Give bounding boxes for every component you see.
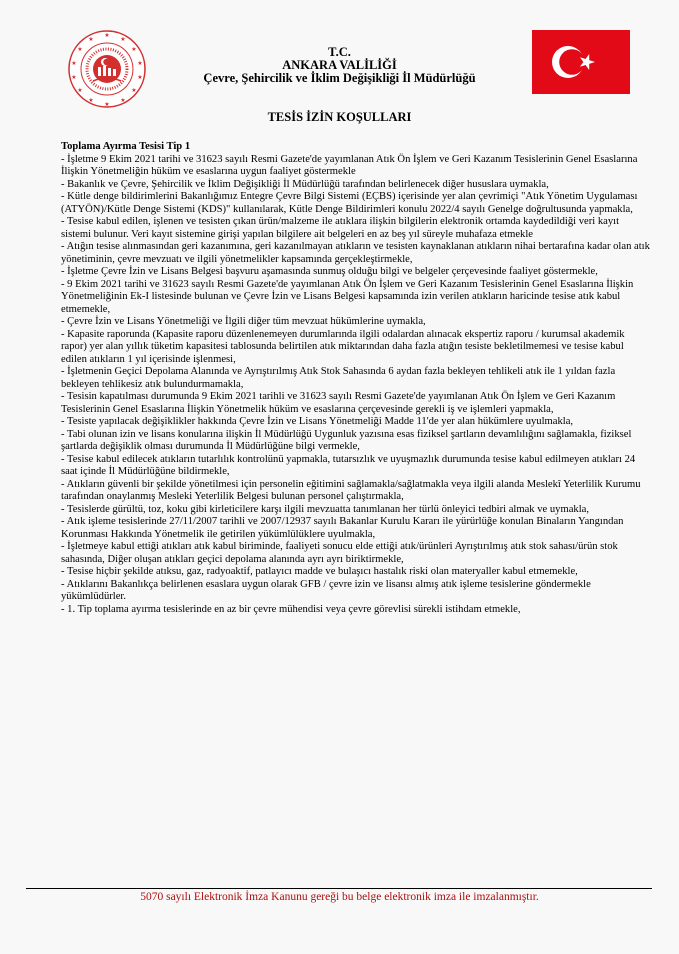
condition-item: - Atıklarını Bakanlıkça belirlenen esasl… <box>61 579 651 604</box>
condition-item: - Çevre İzin ve Lisans Yönetmeliği ve İl… <box>61 316 651 329</box>
condition-item: - Tesise kabul edilecek atıkların tutarl… <box>61 454 651 479</box>
condition-item: - Tesise hiçbir şekilde atıksu, gaz, rad… <box>61 566 651 579</box>
ministry-seal-icon: ★ ★ ★ ★ ★ ★ ★ ★ ★ ★ ★ ★ ★ ★ <box>67 29 147 109</box>
svg-text:★: ★ <box>137 74 142 81</box>
condition-item: - İşletmenin Geçici Depolama Alanında ve… <box>61 366 651 391</box>
svg-text:★: ★ <box>71 60 76 67</box>
svg-text:★: ★ <box>137 60 142 67</box>
svg-text:★: ★ <box>104 32 109 39</box>
header-directorate: Çevre, Şehircilik ve İklim Değişikliği İ… <box>150 72 529 85</box>
condition-item: - Tabi olunan izin ve lisans konularına … <box>61 429 651 454</box>
condition-item: - Kütle denge bildirimlerini Bakanlığımı… <box>61 191 651 216</box>
condition-item: - 1. Tip toplama ayırma tesislerinde en … <box>61 604 651 617</box>
svg-text:★: ★ <box>120 36 125 43</box>
condition-item: - 9 Ekim 2021 tarihi ve 31623 sayılı Res… <box>61 279 651 317</box>
condition-item: - Kapasite raporunda (Kapasite raporu dü… <box>61 329 651 367</box>
e-signature-notice: 5070 sayılı Elektronik İmza Kanunu gereğ… <box>0 891 679 903</box>
section-title: Toplama Ayırma Tesisi Tip 1 <box>61 141 651 154</box>
document-header: T.C. ANKARA VALİLİĞİ Çevre, Şehircilik v… <box>150 46 529 85</box>
svg-text:★: ★ <box>120 97 125 104</box>
svg-text:★: ★ <box>71 74 76 81</box>
svg-text:★: ★ <box>88 97 93 104</box>
turkish-flag-icon <box>532 30 630 94</box>
condition-item: - İşletme Çevre İzin ve Lisans Belgesi b… <box>61 266 651 279</box>
svg-text:★: ★ <box>77 46 82 53</box>
svg-text:★: ★ <box>77 87 82 94</box>
condition-item: - Tesiste yapılacak değişiklikler hakkın… <box>61 416 651 429</box>
condition-item: - Atık işleme tesislerinde 27/11/2007 ta… <box>61 516 651 541</box>
condition-item: - Tesisin kapatılması durumunda 9 Ekim 2… <box>61 391 651 416</box>
svg-text:★: ★ <box>104 101 109 108</box>
document-body: Toplama Ayırma Tesisi Tip 1 - İşletme 9 … <box>61 141 651 616</box>
condition-item: - İşletme 9 Ekim 2021 tarihi ve 31623 sa… <box>61 154 651 179</box>
svg-text:★: ★ <box>88 36 93 43</box>
page-title: TESİS İZİN KOŞULLARI <box>150 110 529 125</box>
condition-item: - İşletmeye kabul ettiği atıkları atık k… <box>61 541 651 566</box>
condition-item: - Atığın tesise alınmasından geri kazanı… <box>61 241 651 266</box>
condition-item: - Tesise kabul edilen, işlenen ve tesist… <box>61 216 651 241</box>
svg-text:★: ★ <box>131 46 136 53</box>
condition-item: - Bakanlık ve Çevre, Şehircilik ve İklim… <box>61 179 651 192</box>
svg-text:★: ★ <box>131 87 136 94</box>
footer-divider <box>26 888 652 889</box>
condition-item: - Tesislerde gürültü, toz, koku gibi kir… <box>61 504 651 517</box>
condition-item: - Atıkların güvenli bir şekilde yönetilm… <box>61 479 651 504</box>
